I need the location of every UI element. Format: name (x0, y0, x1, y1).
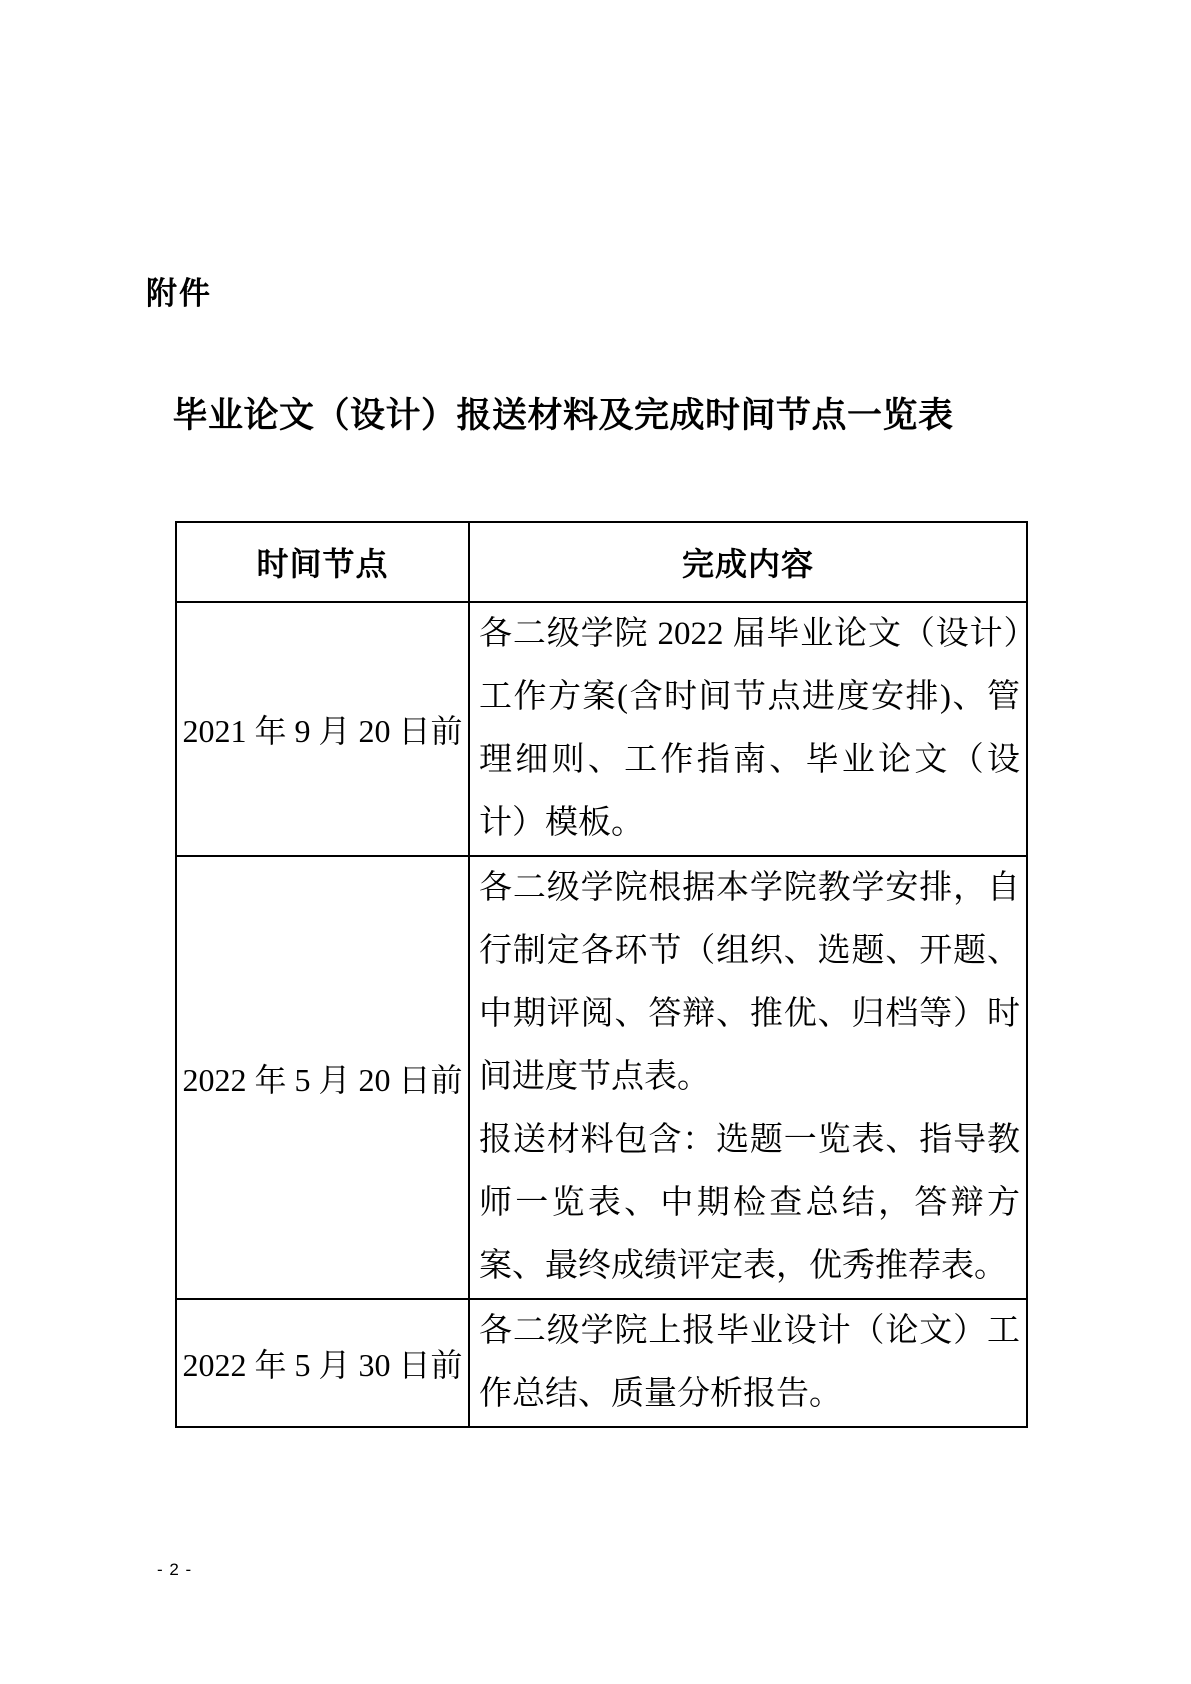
content-cell: 各二级学院上报毕业设计（论文）工作总结、质量分析报告。 (469, 1299, 1027, 1427)
content-cell: 各二级学院根据本学院教学安排，自行制定各环节（组织、选题、开题、中期评阅、答辩、… (469, 856, 1027, 1299)
table-row: 2021 年 9 月 20 日前 各二级学院 2022 届毕业论文（设计）工作方… (176, 602, 1027, 856)
attachment-label: 附件 (146, 268, 212, 313)
content-cell: 各二级学院 2022 届毕业论文（设计）工作方案(含时间节点进度安排)、管理细则… (469, 602, 1027, 856)
timeline-table: 时间节点 完成内容 2021 年 9 月 20 日前 各二级学院 2022 届毕… (175, 521, 1028, 1428)
time-node-cell: 2021 年 9 月 20 日前 (176, 602, 469, 856)
content-paragraph: 各二级学院根据本学院教学安排，自行制定各环节（组织、选题、开题、中期评阅、答辩、… (479, 857, 1020, 1109)
page-number: - 2 - (157, 1560, 192, 1580)
content-paragraph: 各二级学院 2022 届毕业论文（设计）工作方案(含时间节点进度安排)、管理细则… (479, 603, 1020, 855)
column-header-completion-content: 完成内容 (469, 522, 1027, 602)
content-paragraph: 报送材料包含：选题一览表、指导教师一览表、中期检查总结，答辩方案、最终成绩评定表… (479, 1109, 1020, 1298)
table-header-row: 时间节点 完成内容 (176, 522, 1027, 602)
table-row: 2022 年 5 月 30 日前 各二级学院上报毕业设计（论文）工作总结、质量分… (176, 1299, 1027, 1427)
time-node-cell: 2022 年 5 月 20 日前 (176, 856, 469, 1299)
content-paragraph: 各二级学院上报毕业设计（论文）工作总结、质量分析报告。 (479, 1300, 1020, 1426)
time-node-cell: 2022 年 5 月 30 日前 (176, 1299, 469, 1427)
table-row: 2022 年 5 月 20 日前 各二级学院根据本学院教学安排，自行制定各环节（… (176, 856, 1027, 1299)
column-header-time-node: 时间节点 (176, 522, 469, 602)
page-title: 毕业论文（设计）报送材料及完成时间节点一览表 (172, 388, 953, 438)
